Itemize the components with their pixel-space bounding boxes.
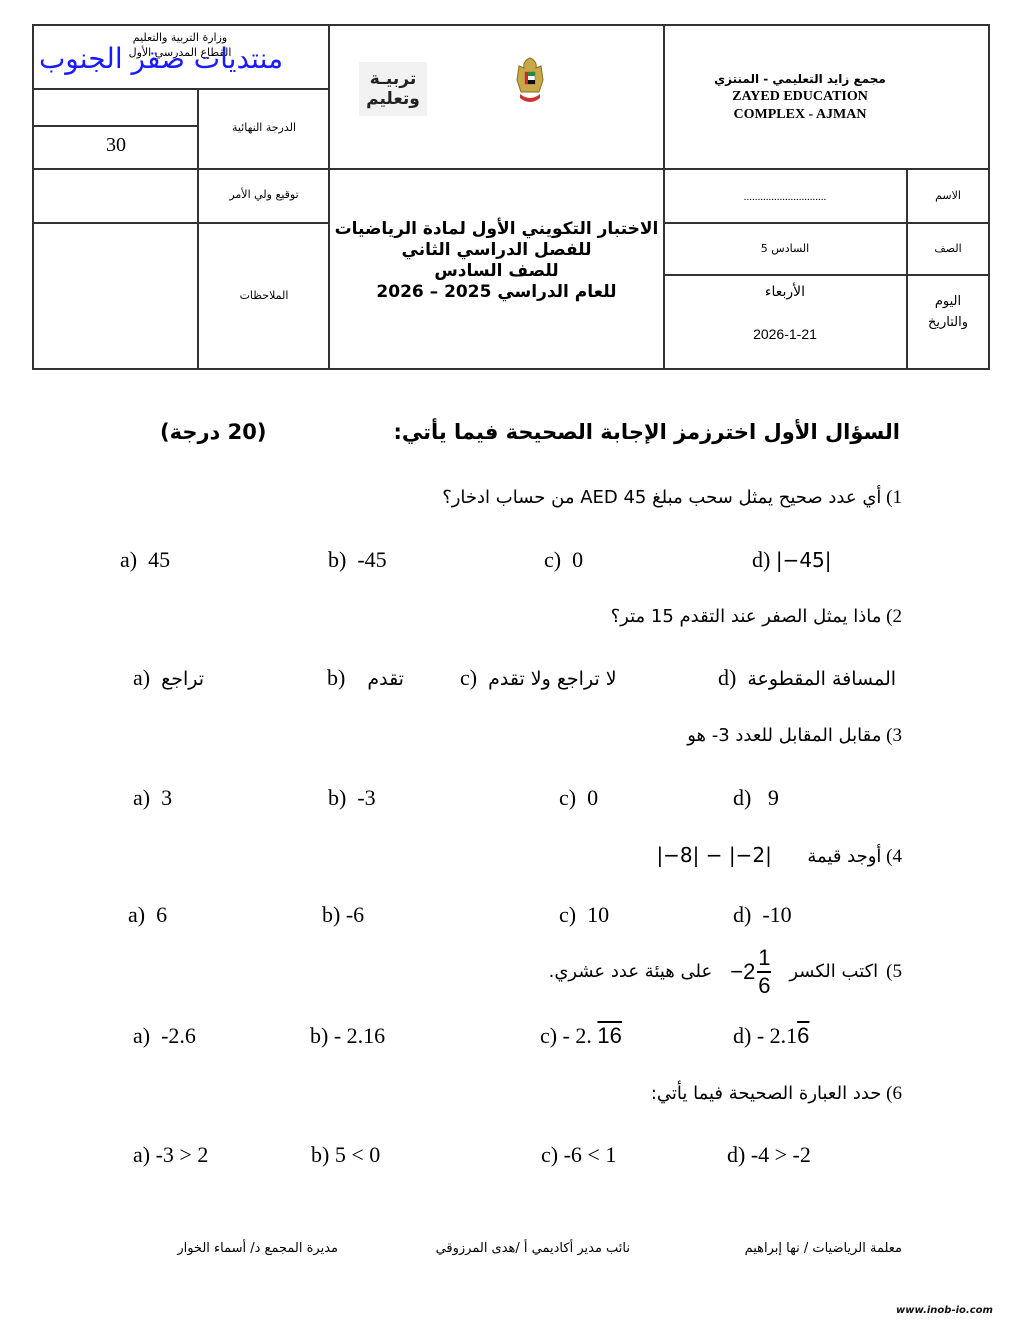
exam-title-line-1: الاختبار التكويني الأول لمادة الرياضيات <box>330 219 663 240</box>
q5-option-c[interactable]: c) - 2. 16 <box>540 1023 622 1049</box>
exam-title: الاختبار التكويني الأول لمادة الرياضيات … <box>330 219 663 303</box>
q6-option-a[interactable]: a) -3 > 2 <box>133 1142 208 1168</box>
q5-option-a[interactable]: a) -2.6 <box>133 1023 196 1049</box>
final-grade-label: الدرجة النهائية <box>200 121 328 134</box>
q6-option-c[interactable]: c) -6 < 1 <box>541 1142 616 1168</box>
q1-option-c[interactable]: c) 0 <box>544 547 583 573</box>
class-label: الصف <box>908 242 988 255</box>
notes-field[interactable] <box>34 224 197 368</box>
q6-option-b[interactable]: b) 5 < 0 <box>311 1142 380 1168</box>
name-field[interactable]: .............................. <box>665 191 905 203</box>
mixed-fraction: −2 1 6 <box>730 945 771 999</box>
signature-vice-principal: نائب مدير أكاديمي أ /هدى المرزوقي <box>436 1241 630 1256</box>
final-grade-value: 30 <box>34 134 198 157</box>
school-name-ar: مجمع زايد التعليمي - المنتزي <box>700 72 900 86</box>
date-label-line-2: والتاريخ <box>908 312 988 333</box>
school-name-en-2: COMPLEX - AJMAN <box>700 107 900 123</box>
q2-option-c[interactable]: c) لا تراجع ولا تقدم <box>460 665 617 691</box>
name-label: الاسم <box>908 189 988 202</box>
moe-logo-line-2: وتعليم <box>366 89 420 109</box>
absolute-value-expression: |−8| − |−2| <box>656 843 771 867</box>
exam-title-line-3: للصف السادس <box>330 261 663 282</box>
school-name-en-1: ZAYED EDUCATION <box>700 89 900 105</box>
q3-option-d[interactable]: d) 9 <box>733 785 779 811</box>
exam-title-line-2: للفصل الدراسي الثاني <box>330 240 663 261</box>
date-label: اليوم والتاريخ <box>908 291 988 333</box>
signature-principal: مديرة المجمع د/ أسماء الخوار <box>177 1241 338 1256</box>
moe-logo-line-1: تربيـة <box>370 69 416 89</box>
uae-emblem-icon <box>515 56 545 108</box>
class-value: السادس 5 <box>665 242 905 255</box>
q4-option-d[interactable]: d) -10 <box>733 902 792 928</box>
question-2: 2) ماذا يمثل الصفر عند التقدم 15 متر؟ <box>611 606 902 628</box>
q4-option-c[interactable]: c) 10 <box>559 902 609 928</box>
q4-option-b[interactable]: b) -6 <box>322 902 364 928</box>
question-4: 4) أوجد قيمة |−8| − |−2| <box>656 843 902 868</box>
q2-option-d[interactable]: d) المسافة المقطوعة <box>718 665 896 691</box>
q5-option-d[interactable]: d) - 2.16 <box>733 1023 809 1049</box>
date-label-line-1: اليوم <box>908 291 988 312</box>
q3-option-a[interactable]: a) 3 <box>133 785 172 811</box>
q1-option-b[interactable]: b) -45 <box>328 547 387 573</box>
q2-option-a[interactable]: a) تراجع <box>133 665 204 691</box>
forum-watermark: منتديات صقر الجنوب <box>36 42 286 75</box>
signature-teacher: معلمة الرياضيات / نها إبراهيم <box>745 1241 902 1256</box>
day-value: الأربعاء <box>665 284 905 300</box>
q3-option-c[interactable]: c) 0 <box>559 785 598 811</box>
footer-url[interactable]: www.inob-io.com <box>896 1305 993 1316</box>
question-text: أي عدد صحيح يمثل سحب مبلغ AED 45 من حساب… <box>442 487 881 508</box>
q6-option-d[interactable]: d) -4 > -2 <box>727 1142 811 1168</box>
parent-signature-field[interactable] <box>34 170 197 222</box>
section-title: السؤال الأول اخترزمز الإجابة الصحيحة فيم… <box>393 420 900 444</box>
q2-option-b[interactable]: b) تقدم <box>327 665 404 691</box>
question-6: 6) حدد العبارة الصحيحة فيما يأتي: <box>651 1083 902 1105</box>
question-number: 1) <box>886 487 902 508</box>
q1-option-d[interactable]: d) |−45| <box>752 547 832 573</box>
question-3: 3) مقابل المقابل للعدد 3- هو <box>687 725 902 747</box>
question-1: 1) أي عدد صحيح يمثل سحب مبلغ AED 45 من ح… <box>442 487 902 509</box>
section-marks: (20 درجة) <box>160 420 267 444</box>
exam-title-line-4: للعام الدراسي 2025 – 2026 <box>330 282 663 303</box>
q5-option-b[interactable]: b) - 2.16 <box>310 1023 385 1049</box>
q3-option-b[interactable]: b) -3 <box>328 785 376 811</box>
question-5: 5) اكتب الكسر −2 1 6 على هيئة عدد عشري. <box>549 945 902 999</box>
moe-logo: تربيـة وتعليم <box>359 62 427 116</box>
parent-signature-label: توقيع ولي الأمر <box>200 188 328 201</box>
q1-option-a[interactable]: a) 45 <box>120 547 170 573</box>
notes-label: الملاحظات <box>200 289 328 302</box>
date-value: 2026-1-21 <box>665 326 905 342</box>
q4-option-a[interactable]: a) 6 <box>128 902 167 928</box>
